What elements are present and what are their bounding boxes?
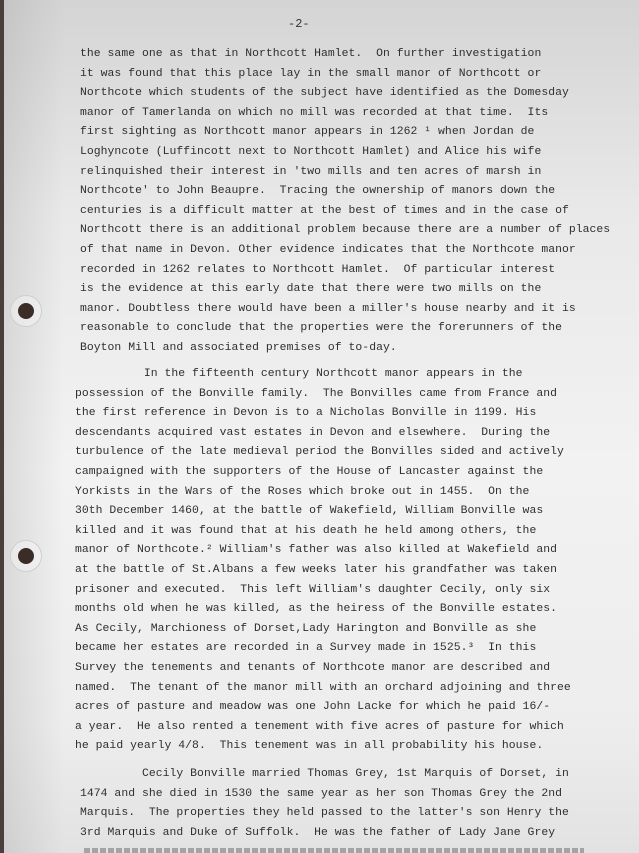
- text-line: Yorkists in the Wars of the Roses which …: [75, 486, 529, 498]
- text-line: is the evidence at this early date that …: [80, 283, 541, 295]
- text-line: centuries is a difficult matter at the b…: [80, 205, 569, 217]
- text-line: As Cecily, Marchioness of Dorset,Lady Ha…: [75, 623, 536, 635]
- text-line: first sighting as Northcott manor appear…: [80, 126, 534, 138]
- punch-hole-icon: [10, 295, 42, 327]
- text-line: Loghyncote (Luffincott next to Northcott…: [80, 146, 541, 158]
- text-line: descendants acquired vast estates in Dev…: [75, 427, 550, 439]
- text-line: relinquished their interest in 'two mill…: [80, 166, 541, 178]
- text-line: Northcote' to John Beaupre. Tracing the …: [80, 185, 555, 197]
- text-line: 1474 and she died in 1530 the same year …: [80, 788, 562, 800]
- text-line: the first reference in Devon is to a Nic…: [75, 407, 536, 419]
- text-line: 30th December 1460, at the battle of Wak…: [75, 505, 543, 517]
- text-line: Survey the tenements and tenants of Nort…: [75, 662, 550, 674]
- text-line: 3rd Marquis and Duke of Suffolk. He was …: [80, 827, 555, 839]
- document-page: -2- the same one as that in Northcott Ha…: [4, 0, 639, 853]
- text-line: of that name in Devon. Other evidence in…: [80, 244, 576, 256]
- text-line: Marquis. The properties they held passed…: [80, 807, 569, 819]
- cut-off-line: [84, 848, 584, 853]
- text-line: Northcott there is an additional problem…: [80, 224, 610, 236]
- text-line: possession of the Bonville family. The B…: [75, 388, 557, 400]
- text-line: reasonable to conclude that the properti…: [80, 322, 562, 334]
- page-number: -2-: [288, 17, 310, 31]
- text-line: recorded in 1262 relates to Northcott Ha…: [80, 264, 555, 276]
- text-line: campaigned with the supporters of the Ho…: [75, 466, 543, 478]
- text-line: Cecily Bonville married Thomas Grey, 1st…: [80, 768, 569, 780]
- text-line: it was found that this place lay in the …: [80, 68, 541, 80]
- text-line: turbulence of the late medieval period t…: [75, 446, 564, 458]
- text-line: he paid yearly 4/8. This tenement was in…: [75, 740, 543, 752]
- text-line: acres of pasture and meadow was one John…: [75, 701, 550, 713]
- punch-hole-icon: [10, 540, 42, 572]
- page-shadow: [4, 0, 64, 853]
- text-line: months old when he was killed, as the he…: [75, 603, 557, 615]
- text-line: became her estates are recorded in a Sur…: [75, 642, 536, 654]
- text-line: prisoner and executed. This left William…: [75, 584, 550, 596]
- text-line: Northcote which students of the subject …: [80, 87, 569, 99]
- text-line: manor of Tamerlanda on which no mill was…: [80, 107, 548, 119]
- text-line: killed and it was found that at his deat…: [75, 525, 536, 537]
- text-line: the same one as that in Northcott Hamlet…: [80, 48, 541, 60]
- text-line: In the fifteenth century Northcott manor…: [75, 368, 523, 380]
- text-line: manor of Northcote.² William's father wa…: [75, 544, 557, 556]
- text-line: a year. He also rented a tenement with f…: [75, 721, 564, 733]
- text-line: named. The tenant of the manor mill with…: [75, 682, 571, 694]
- text-line: Boyton Mill and associated premises of t…: [80, 342, 397, 354]
- text-line: at the battle of St.Albans a few weeks l…: [75, 564, 557, 576]
- text-line: manor. Doubtless there would have been a…: [80, 303, 576, 315]
